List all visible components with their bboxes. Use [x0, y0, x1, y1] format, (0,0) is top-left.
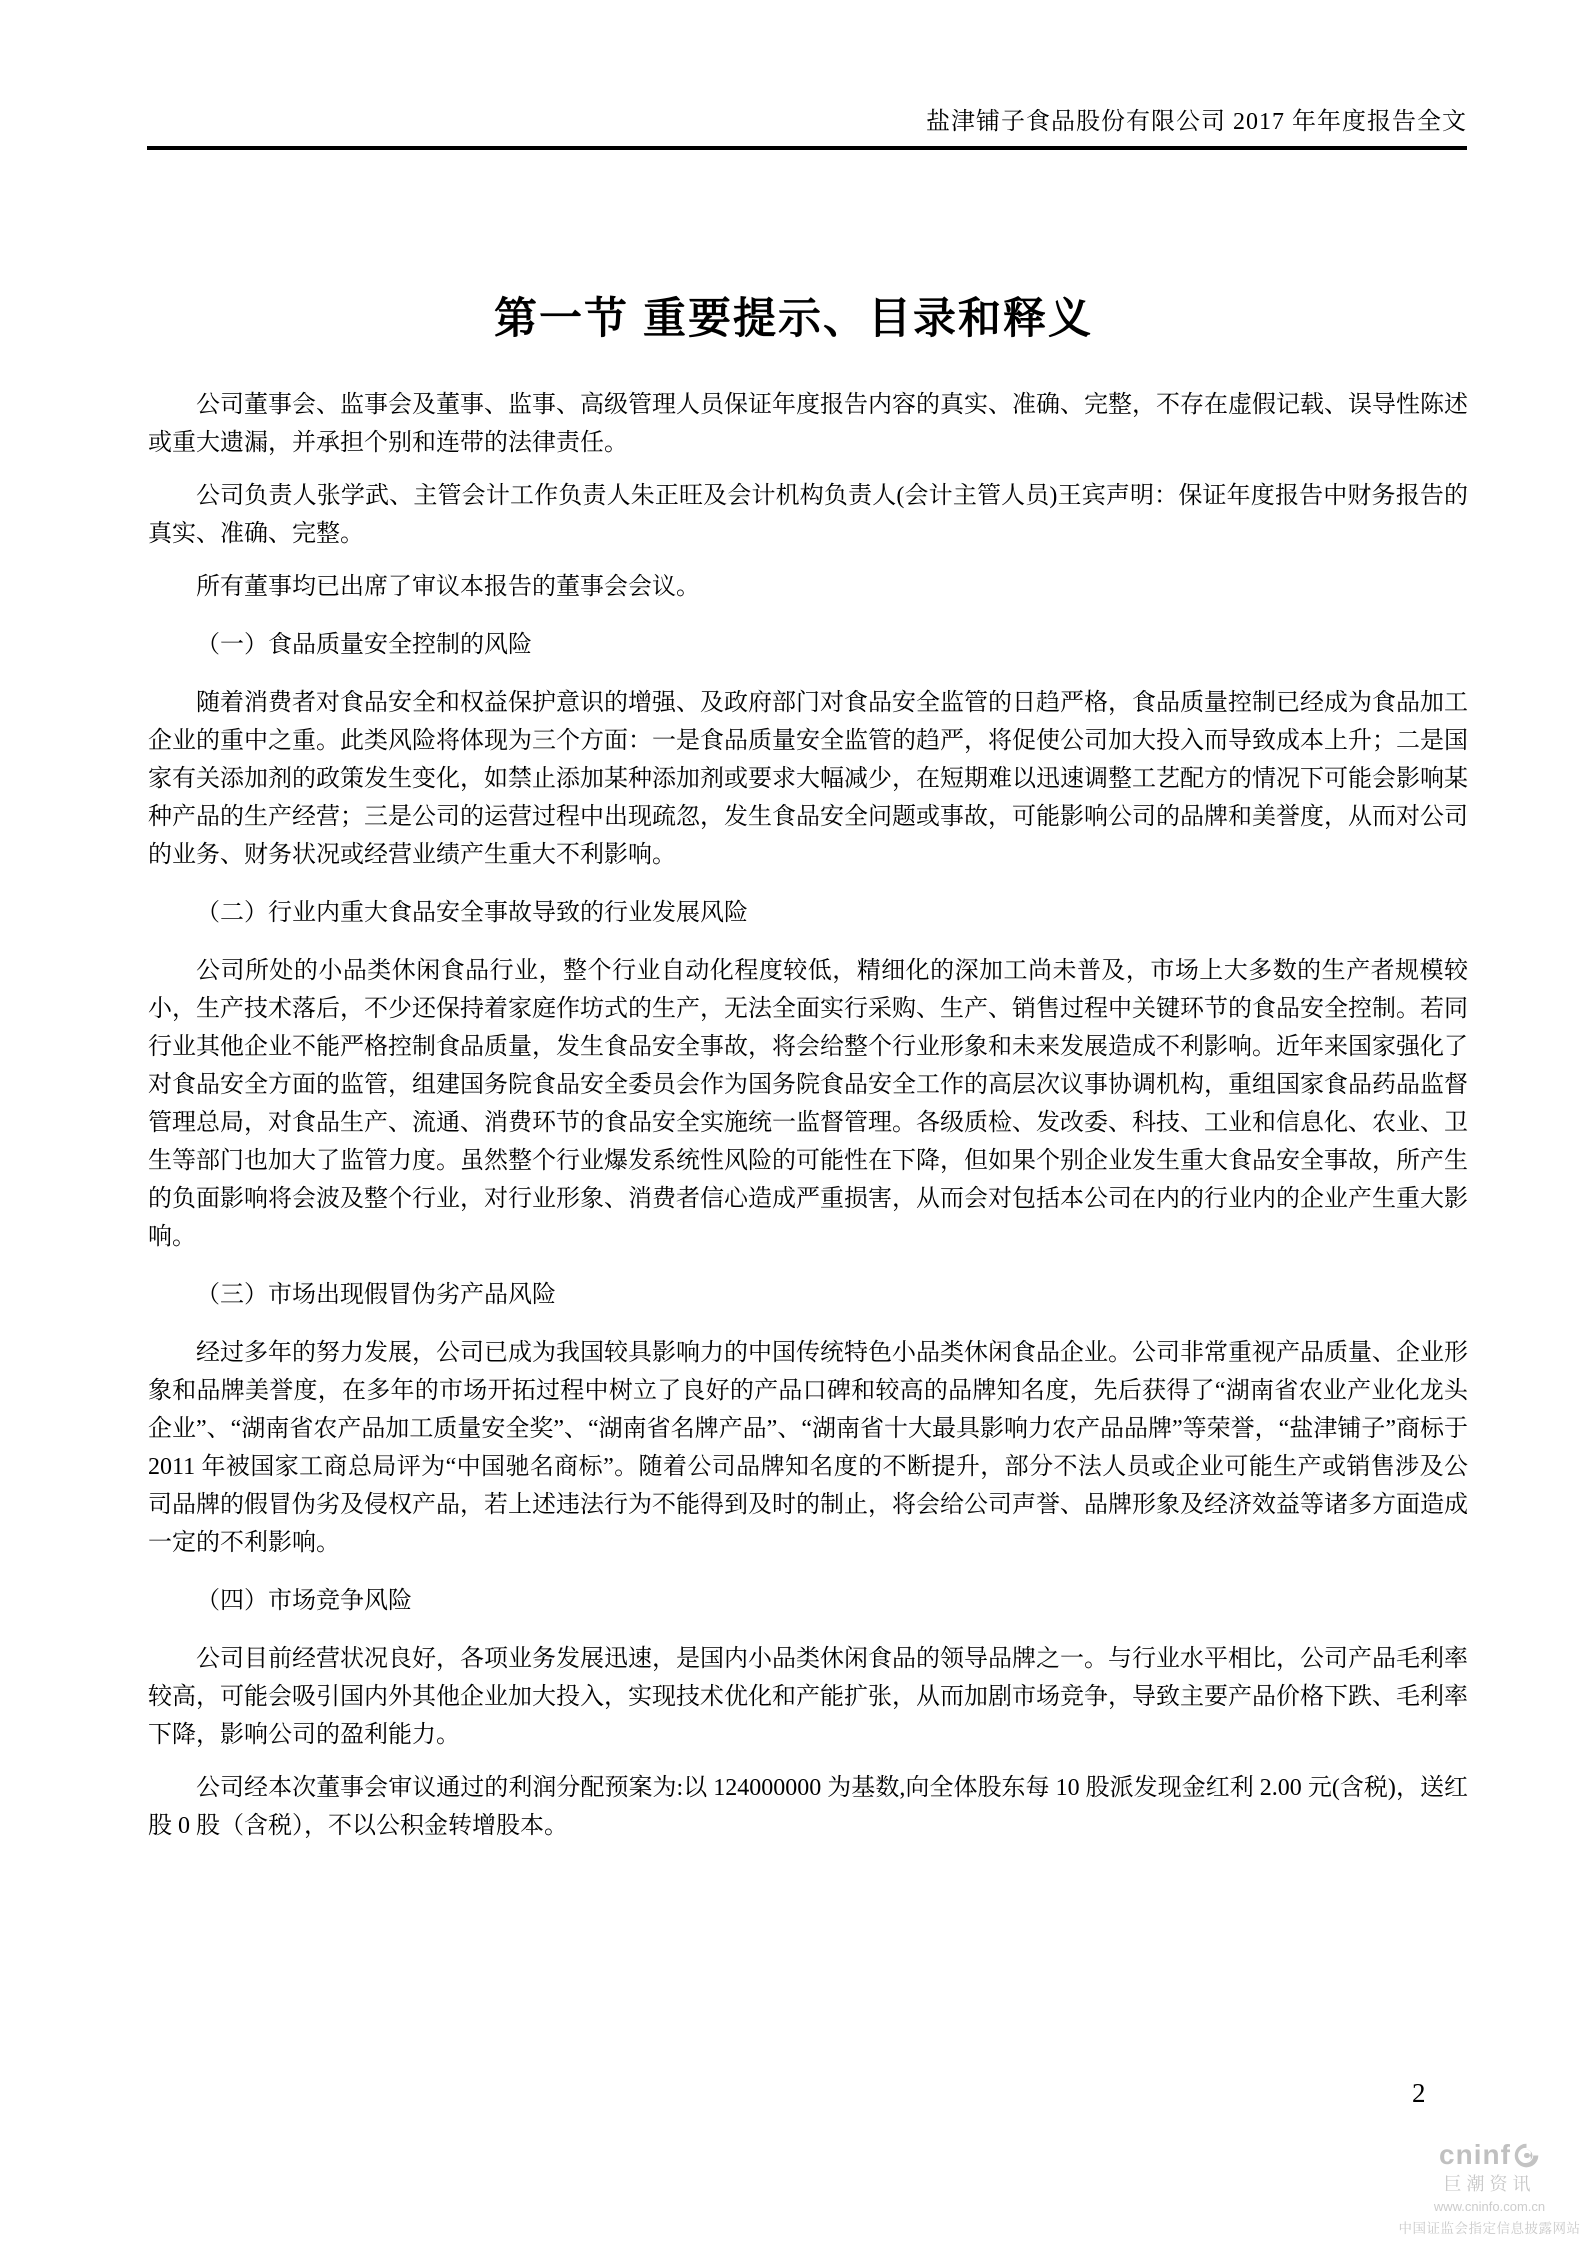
section-subheading: （四）市场竞争风险	[148, 1582, 1468, 1620]
cninfo-brand-cn: 巨潮资讯	[1397, 2170, 1582, 2196]
section-title: 第一节 重要提示、目录和释义	[0, 285, 1587, 346]
paragraph: 公司负责人张学武、主管会计工作负责人朱正旺及会计机构负责人(会计主管人员)王宾声…	[148, 477, 1468, 553]
cninfo-watermark: cninf 巨潮资讯 www.cninfo.com.cn 中国证监会指定信息披露…	[1397, 2141, 1582, 2237]
document-body: 公司董事会、监事会及董事、监事、高级管理人员保证年度报告内容的真实、准确、完整，…	[148, 386, 1468, 1860]
page-header-running-title: 盐津铺子食品股份有限公司 2017 年年度报告全文	[147, 106, 1467, 150]
paragraph: 经过多年的努力发展，公司已成为我国较具影响力的中国传统特色小品类休闲食品企业。公…	[148, 1334, 1468, 1562]
page-number: 2	[1412, 2078, 1426, 2109]
cninfo-tagline: 中国证监会指定信息披露网站	[1397, 2217, 1582, 2237]
cninfo-swirl-icon	[1513, 2142, 1540, 2169]
paragraph: 公司董事会、监事会及董事、监事、高级管理人员保证年度报告内容的真实、准确、完整，…	[148, 386, 1468, 462]
section-subheading: （一）食品质量安全控制的风险	[148, 626, 1468, 664]
paragraph: 公司目前经营状况良好，各项业务发展迅速，是国内小品类休闲食品的领导品牌之一。与行…	[148, 1640, 1468, 1754]
paragraph: 所有董事均已出席了审议本报告的董事会会议。	[148, 568, 1468, 606]
section-subheading: （三）市场出现假冒伪劣产品风险	[148, 1276, 1468, 1314]
paragraph: 公司经本次董事会审议通过的利润分配预案为:以 124000000 为基数,向全体…	[148, 1769, 1468, 1845]
paragraph: 随着消费者对食品安全和权益保护意识的增强、及政府部门对食品安全监管的日趋严格，食…	[148, 684, 1468, 874]
paragraph: 公司所处的小品类休闲食品行业，整个行业自动化程度较低，精细化的深加工尚未普及，市…	[148, 952, 1468, 1256]
cninfo-url: www.cninfo.com.cn	[1397, 2199, 1582, 2214]
report-page: 盐津铺子食品股份有限公司 2017 年年度报告全文 第一节 重要提示、目录和释义…	[0, 0, 1587, 2245]
cninfo-brand-row: cninf	[1397, 2141, 1582, 2169]
section-subheading: （二）行业内重大食品安全事故导致的行业发展风险	[148, 894, 1468, 932]
cninfo-brand-text: cninf	[1439, 2141, 1511, 2169]
